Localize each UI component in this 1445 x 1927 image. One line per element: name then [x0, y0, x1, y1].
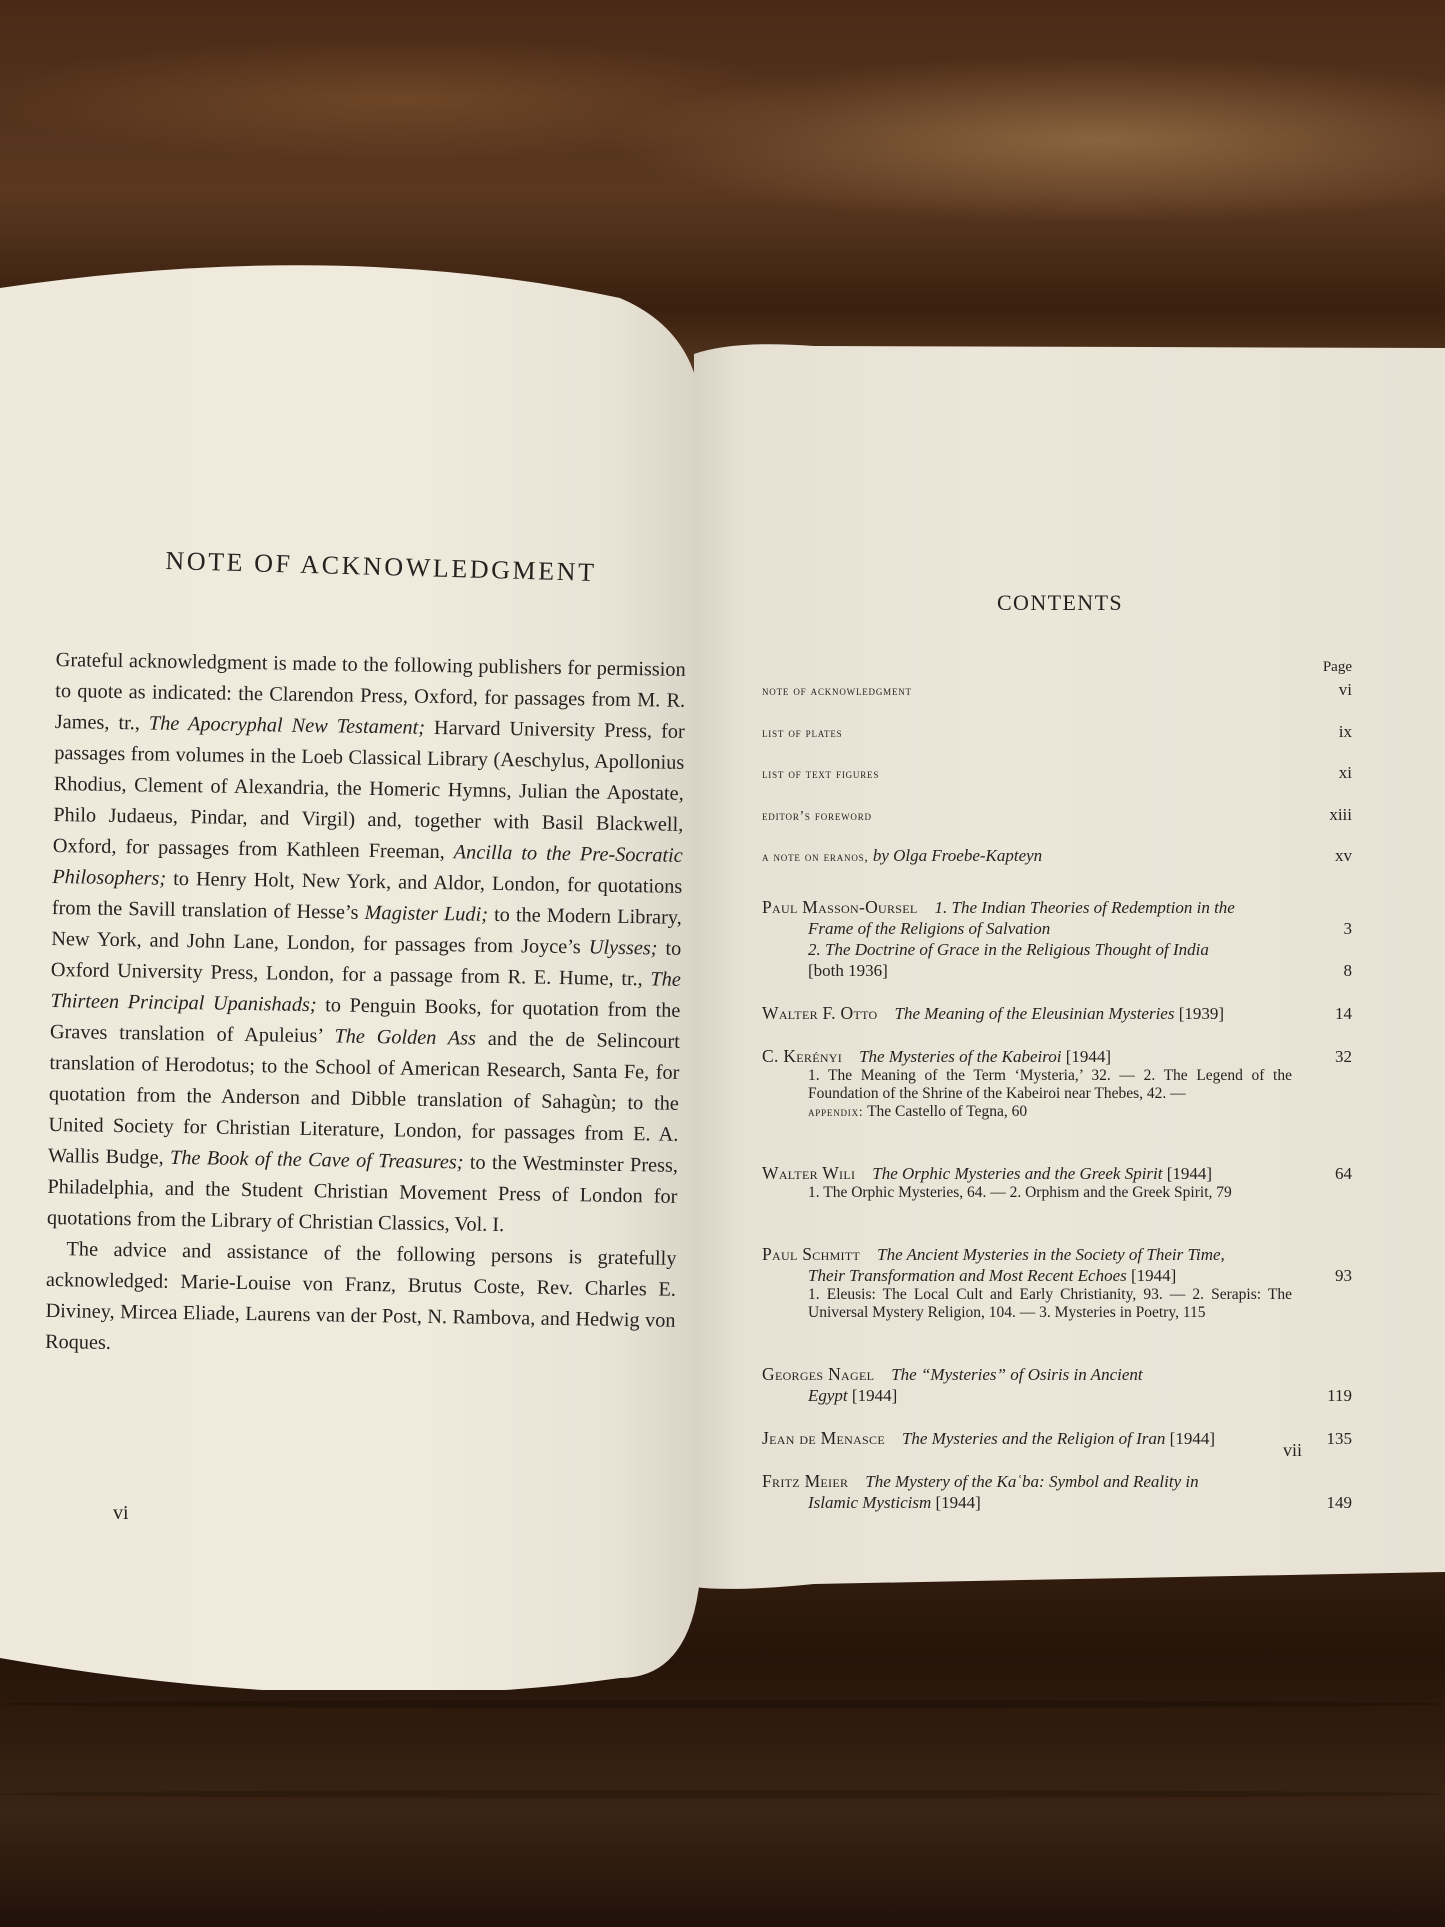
toc-page-number: ix: [1339, 721, 1352, 742]
wood-grain: [0, 1700, 1445, 1708]
toc-essay-title: The Mysteries of the Kabeiroi: [859, 1047, 1061, 1066]
toc-subsections: 1. The Orphic Mysteries, 64. — 2. Orphis…: [762, 1184, 1292, 1202]
toc-item-label: a note on eranos,: [762, 849, 869, 864]
toc-entry-line: Georges Nagel The “Mysteries” of Osiris …: [762, 1364, 1292, 1385]
toc-page-number: vi: [1339, 679, 1352, 700]
toc-date: [1944]: [1165, 1429, 1215, 1448]
toc-subsections: 1. Eleusis: The Local Cult and Early Chr…: [762, 1286, 1292, 1322]
toc-author: C. Kerényi: [762, 1046, 842, 1066]
left-page-number: vi: [113, 1502, 129, 1525]
text-run: The advice and assistance of the followi…: [45, 1238, 677, 1354]
toc-essay-title: The “Mysteries” of Osiris in Ancient: [891, 1365, 1142, 1384]
toc-author: Walter F. Otto: [762, 1003, 877, 1023]
toc-front-matter-item: editor’s forewordxiii: [762, 804, 1352, 826]
toc-front-matter-item: list of platesix: [762, 721, 1352, 743]
toc-author: Fritz Meier: [762, 1471, 848, 1491]
text-run: and the de Selincourt translation of Her…: [48, 1028, 680, 1169]
toc-page-number: 119: [1327, 1385, 1352, 1406]
cited-work-title: Magister Ludi;: [364, 902, 488, 926]
toc-page-number: 8: [1344, 960, 1353, 981]
toc-author: Jean de Menasce: [762, 1428, 885, 1448]
toc-item-label: editor’s foreword: [762, 808, 872, 823]
toc-author: Paul Masson-Oursel: [762, 897, 918, 917]
toc-entry: Georges Nagel The “Mysteries” of Osiris …: [762, 1364, 1352, 1406]
toc-entry: Walter Wili The Orphic Mysteries and the…: [762, 1163, 1352, 1202]
toc-item-label: note of acknowledgment: [762, 683, 912, 698]
toc-entry-line: Fritz Meier The Mystery of the Kaʿba: Sy…: [762, 1471, 1292, 1492]
toc-entry-line: [both 1936]: [762, 960, 1292, 981]
toc-page-number: 64: [1335, 1163, 1352, 1184]
toc-entry-line: Walter F. Otto The Meaning of the Eleusi…: [762, 1003, 1292, 1024]
contents-heading: CONTENTS: [960, 590, 1160, 616]
toc-essay-title: Their Transformation and Most Recent Ech…: [808, 1266, 1127, 1285]
toc-entry-line: 2. The Doctrine of Grace in the Religiou…: [762, 939, 1292, 960]
toc-essay-title: Frame of the Religions of Salvation: [808, 919, 1050, 938]
toc-page-number: xi: [1339, 762, 1352, 783]
toc-page-number: xiii: [1329, 804, 1352, 825]
toc-date: [both 1936]: [808, 961, 888, 980]
toc-page-number: 14: [1335, 1003, 1352, 1024]
toc-entry-line: Egypt [1944]: [762, 1385, 1292, 1406]
toc-subsections: 1. The Meaning of the Term ‘Mysteria,’ 3…: [762, 1067, 1292, 1121]
toc-date: [1944]: [1127, 1266, 1177, 1285]
toc-front-matter-item: list of text figuresxi: [762, 762, 1352, 784]
text-run: Harvard University Press, for passages f…: [53, 717, 685, 863]
cited-work-title: Ulysses;: [589, 936, 658, 959]
toc-item-label: list of text figures: [762, 766, 879, 781]
toc-essay-title: The Orphic Mysteries and the Greek Spiri…: [872, 1164, 1162, 1183]
cited-work-title: The Golden Ass: [334, 1025, 476, 1049]
toc-item-byline: by Olga Froebe-Kapteyn: [869, 846, 1043, 865]
toc-date: [1944]: [848, 1386, 898, 1405]
toc-entry-line: Jean de Menasce The Mysteries and the Re…: [762, 1428, 1292, 1449]
toc-entry-line: Walter Wili The Orphic Mysteries and the…: [762, 1163, 1292, 1184]
right-page-number: vii: [1283, 1440, 1302, 1461]
toc-essay-title: 2. The Doctrine of Grace in the Religiou…: [808, 940, 1209, 959]
cited-work-title: The Apocryphal New Testament;: [149, 712, 425, 738]
toc-essay-title: Islamic Mysticism: [808, 1493, 931, 1512]
toc-entry: C. Kerényi The Mysteries of the Kabeiroi…: [762, 1046, 1352, 1121]
toc-essay-title: The Mysteries and the Religion of Iran: [902, 1429, 1165, 1448]
toc-essay-title: Egypt: [808, 1386, 848, 1405]
toc-date: [1944]: [1163, 1164, 1213, 1183]
toc-front-matter-item: note of acknowledgmentvi: [762, 679, 1352, 701]
toc-date: [1944]: [1061, 1047, 1111, 1066]
toc-author: Paul Schmitt: [762, 1244, 860, 1264]
toc-entry: Walter F. Otto The Meaning of the Eleusi…: [762, 1003, 1352, 1024]
acknowledgment-paragraph: The advice and assistance of the followi…: [45, 1234, 677, 1368]
toc-entry: Paul Masson-Oursel 1. The Indian Theorie…: [762, 897, 1352, 981]
toc-page-number: 149: [1327, 1492, 1353, 1513]
acknowledgment-paragraph: Grateful acknowledgment is made to the f…: [47, 645, 686, 1244]
page-column-label: Page: [1323, 657, 1352, 678]
toc-page-number: 93: [1335, 1265, 1352, 1286]
toc-essay-title: The Meaning of the Eleusinian Mysteries: [894, 1004, 1174, 1023]
toc-front-matter-item: a note on eranos, by Olga Froebe-Kapteyn…: [762, 845, 1352, 867]
appendix-label: appendix:: [808, 1104, 863, 1119]
toc-entry-line: Islamic Mysticism [1944]: [762, 1492, 1292, 1513]
toc-entry-line: Paul Masson-Oursel 1. The Indian Theorie…: [762, 897, 1292, 918]
toc-essay-title: The Mystery of the Kaʿba: Symbol and Rea…: [865, 1472, 1198, 1491]
wood-grain: [0, 1790, 1445, 1798]
toc-entry-line: C. Kerényi The Mysteries of the Kabeiroi…: [762, 1046, 1292, 1067]
toc-essay-title: 1. The Indian Theories of Redemption in …: [935, 898, 1235, 917]
toc-item-label: list of plates: [762, 725, 842, 740]
toc-entry: Fritz Meier The Mystery of the Kaʿba: Sy…: [762, 1471, 1352, 1513]
toc-entry-line: Paul Schmitt The Ancient Mysteries in th…: [762, 1244, 1292, 1265]
toc-date: [1939]: [1174, 1004, 1224, 1023]
cited-work-title: The Book of the Cave of Treasures;: [170, 1147, 464, 1174]
toc-author: Walter Wili: [762, 1163, 855, 1183]
toc-entry-line: Their Transformation and Most Recent Ech…: [762, 1265, 1292, 1286]
toc-essay-title: The Ancient Mysteries in the Society of …: [877, 1245, 1225, 1264]
toc-entry-line: Frame of the Religions of Salvation: [762, 918, 1292, 939]
toc-page-number: xv: [1335, 845, 1352, 866]
toc-page-number: 3: [1344, 918, 1353, 939]
toc-date: [1944]: [931, 1493, 981, 1512]
toc-page-number: 135: [1327, 1428, 1353, 1449]
toc-page-number: 32: [1335, 1046, 1352, 1067]
toc-entry: Jean de Menasce The Mysteries and the Re…: [762, 1428, 1352, 1449]
toc-author: Georges Nagel: [762, 1364, 874, 1384]
toc-entry: Paul Schmitt The Ancient Mysteries in th…: [762, 1244, 1352, 1322]
acknowledgment-body: Grateful acknowledgment is made to the f…: [45, 645, 686, 1368]
